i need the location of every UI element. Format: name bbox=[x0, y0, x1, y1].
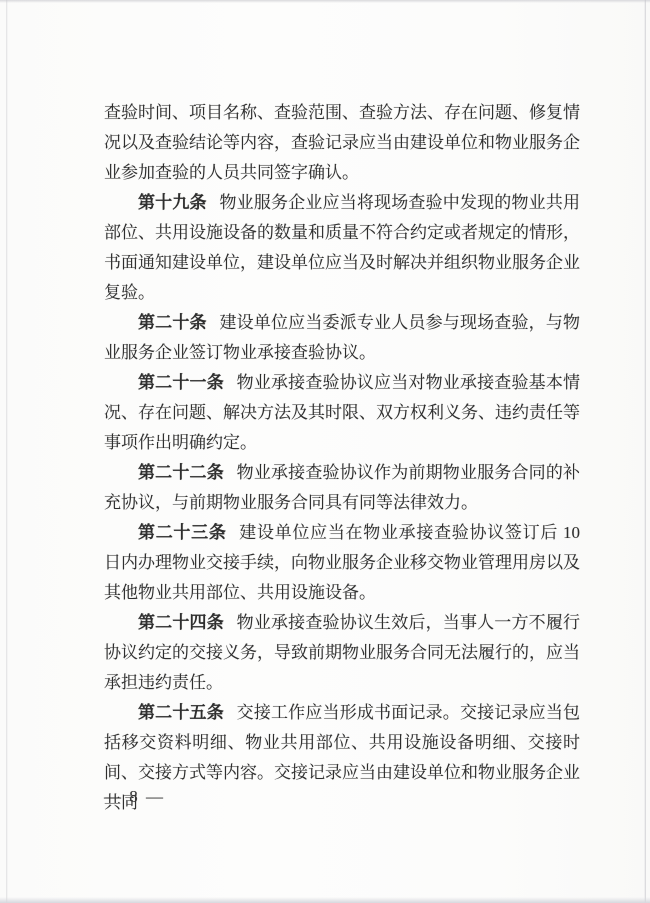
article-number: 第二十五条 bbox=[138, 703, 224, 722]
scan-edge-top bbox=[0, 0, 650, 3]
article-number: 第二十一条 bbox=[138, 373, 224, 392]
article-paragraph: 查验时间、项目名称、查验范围、查验方法、存在问题、修复情况以及查验结论等内容，查… bbox=[104, 98, 580, 188]
article-paragraph: 第二十三条建设单位应当在物业承接查验协议签订后 10 日内办理物业交接手续，向物… bbox=[104, 518, 580, 608]
article-paragraph: 第十九条物业服务企业应当将现场查验中发现的物业共用部位、共用设施设备的数量和质量… bbox=[104, 188, 580, 308]
article-paragraph: 第二十条建设单位应当委派专业人员参与现场查验，与物业服务企业签订物业承接查验协议… bbox=[104, 308, 580, 368]
scan-edge-left bbox=[6, 0, 8, 903]
article-paragraph: 第二十四条物业承接查验协议生效后，当事人一方不履行协议约定的交接义务，导致前期物… bbox=[104, 608, 580, 698]
article-number: 第二十二条 bbox=[138, 463, 224, 482]
article-text: 查验时间、项目名称、查验范围、查验方法、存在问题、修复情况以及查验结论等内容，查… bbox=[104, 103, 580, 182]
scan-edge-right bbox=[644, 0, 646, 903]
article-number: 第二十三条 bbox=[138, 523, 227, 542]
article-number: 第二十四条 bbox=[138, 613, 224, 632]
article-number: 第二十条 bbox=[138, 313, 207, 332]
article-paragraph: 第二十五条交接工作应当形成书面记录。交接记录应当包括移交资料明细、物业共用部位、… bbox=[104, 698, 580, 818]
page-number: — 8 — bbox=[104, 787, 165, 807]
article-paragraph: 第二十一条物业承接查验协议应当对物业承接查验基本情况、存在问题、解决方法及其时限… bbox=[104, 368, 580, 458]
article-number: 第十九条 bbox=[138, 193, 207, 212]
document-page: 查验时间、项目名称、查验范围、查验方法、存在问题、修复情况以及查验结论等内容，查… bbox=[0, 0, 650, 903]
article-paragraph: 第二十二条物业承接查验协议作为前期物业服务合同的补充协议，与前期物业服务合同具有… bbox=[104, 458, 580, 518]
document-body: 查验时间、项目名称、查验范围、查验方法、存在问题、修复情况以及查验结论等内容，查… bbox=[104, 98, 580, 818]
scan-edge-bottom bbox=[0, 897, 650, 903]
